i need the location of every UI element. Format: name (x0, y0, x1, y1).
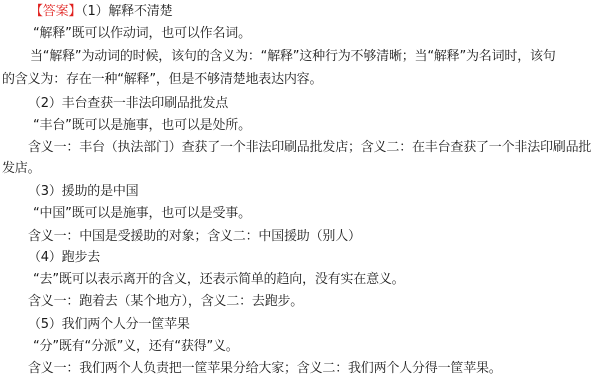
answer-line-13: “去”既可以表示离开的含义，还表示简单的趋向，没有实在意义。 (33, 272, 404, 288)
answer-line-7: 含义一：丰台（执法部门）查获了一个非法印刷品批发店；含义二：在丰台查获了一个非法… (28, 140, 591, 156)
answer-line-2: “解释”既可以作动词，也可以作名词。 (33, 26, 251, 42)
question-4-title: （4）跑步去 (28, 250, 100, 266)
answer-line-17: 含义一：我们两个人负责把一筐苹果分给大家；含义二：我们两个人分得一筐苹果。 (28, 361, 502, 377)
answer-line-11: 含义一：中国是受援助的对象；含义二：中国援助（别人） (28, 229, 361, 245)
answer-line-4: 的含义为：存在一种“解释”，但是不够清楚地表达内容。 (2, 72, 322, 88)
question-3-title: （3）援助的是中国 (28, 184, 138, 200)
answer-line-16: “分”既有“分派”义，还有“获得”义。 (33, 339, 239, 355)
answer-line-6: “丰台”既可以是施事，也可以是处所。 (33, 118, 251, 134)
answer-line-14: 含义一：跑着去（某个地方），含义二：去跑步。 (28, 294, 303, 310)
answer-tag: 【答案】 (30, 4, 81, 19)
question-5-title: （5）我们两个人分一筐苹果 (28, 317, 190, 333)
answer-line-10: “中国”既可以是施事，也可以是受事。 (33, 206, 251, 222)
answer-line-1: 【答案】（1）解释不清楚 (30, 4, 172, 20)
answer-line-3: 当“解释”为动词的时候，该句的含义为：“解释”这种行为不够清晰；当“解释”为名词… (30, 49, 556, 65)
question-2-title: （2）丰台查获一非法印刷品批发点 (28, 96, 228, 112)
answer-line-8: 发店。 (2, 161, 40, 177)
question-1-title: （1）解释不清楚 (81, 4, 172, 19)
